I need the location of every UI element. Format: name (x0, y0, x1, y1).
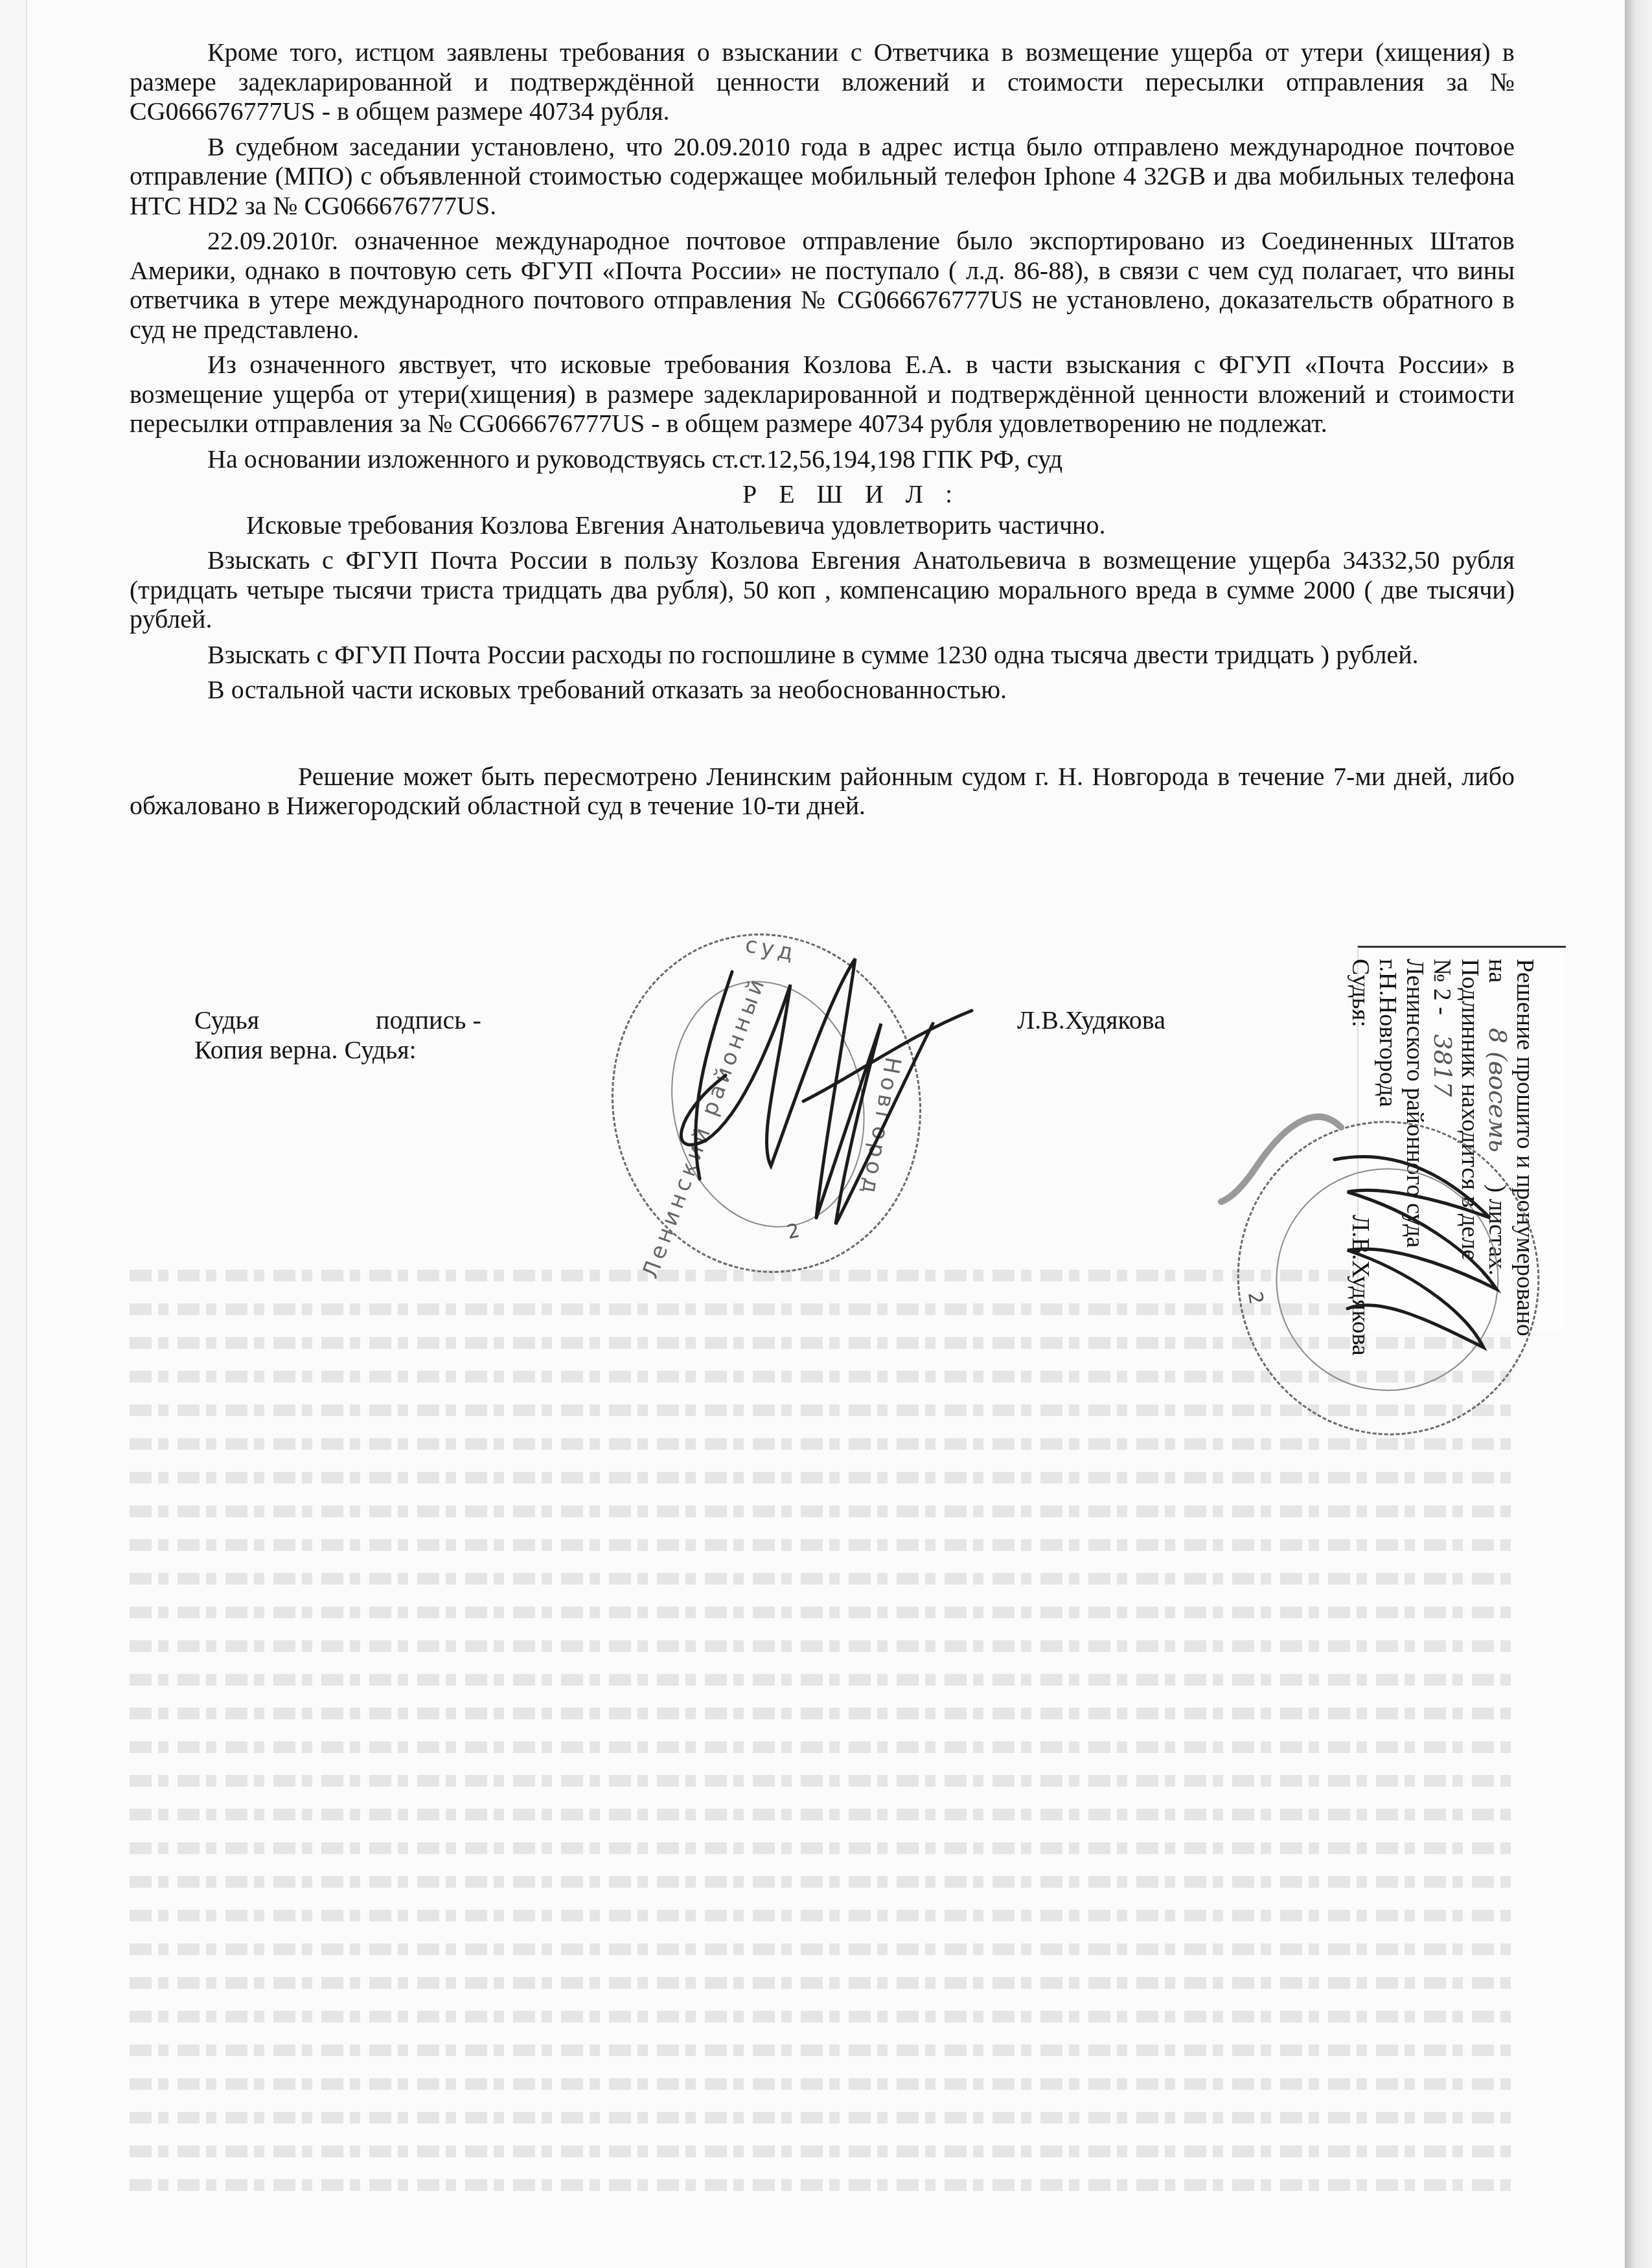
cert-signature (1322, 1140, 1516, 1373)
signature-label: подпись - (376, 1005, 481, 1035)
binding-thread (1218, 1101, 1348, 1205)
paragraph-claims: Кроме того, истцом заявлены требования о… (130, 38, 1515, 126)
appeal-notice: Решение может быть пересмотрено Ленински… (130, 762, 1515, 821)
resolution-item: Взыскать с ФГУП Почта России расходы по … (130, 640, 1515, 670)
judge-signature (648, 946, 985, 1244)
paragraph-export: 22.09.2010г. означенное международное по… (130, 226, 1515, 344)
bleed-through-text (130, 1270, 1516, 2254)
paragraph-legal-basis: На основании изложенного и руководствуяс… (130, 444, 1515, 474)
resolution-item: Исковые требования Козлова Евгения Анато… (130, 510, 1515, 540)
paragraph-conclusion: Из означенного явствует, что исковые тре… (130, 350, 1515, 439)
judge-name: Л.В.Худякова (1017, 1005, 1165, 1035)
seal-number: 2 (1243, 1290, 1268, 1306)
resolution-heading: Р Е Ш И Л : (130, 479, 1515, 509)
paragraph-hearing-findings: В судебном заседании установлено, что 20… (130, 132, 1515, 221)
decision-body: Кроме того, истцом заявлены требования о… (130, 38, 1515, 847)
handwritten-case-number: 3817 (1428, 1034, 1457, 1097)
copy-certified-label: Копия верна. Судья: (194, 1035, 417, 1065)
page-edge-shadow (1625, 0, 1652, 2268)
resolution-item: Взыскать с ФГУП Почта России в пользу Ко… (130, 545, 1515, 634)
judge-label: Судья (194, 1005, 259, 1035)
handwritten-sheet-count: 8 (восемь (1484, 1028, 1512, 1152)
resolution-item: В остальной части исковых требований отк… (130, 675, 1515, 705)
